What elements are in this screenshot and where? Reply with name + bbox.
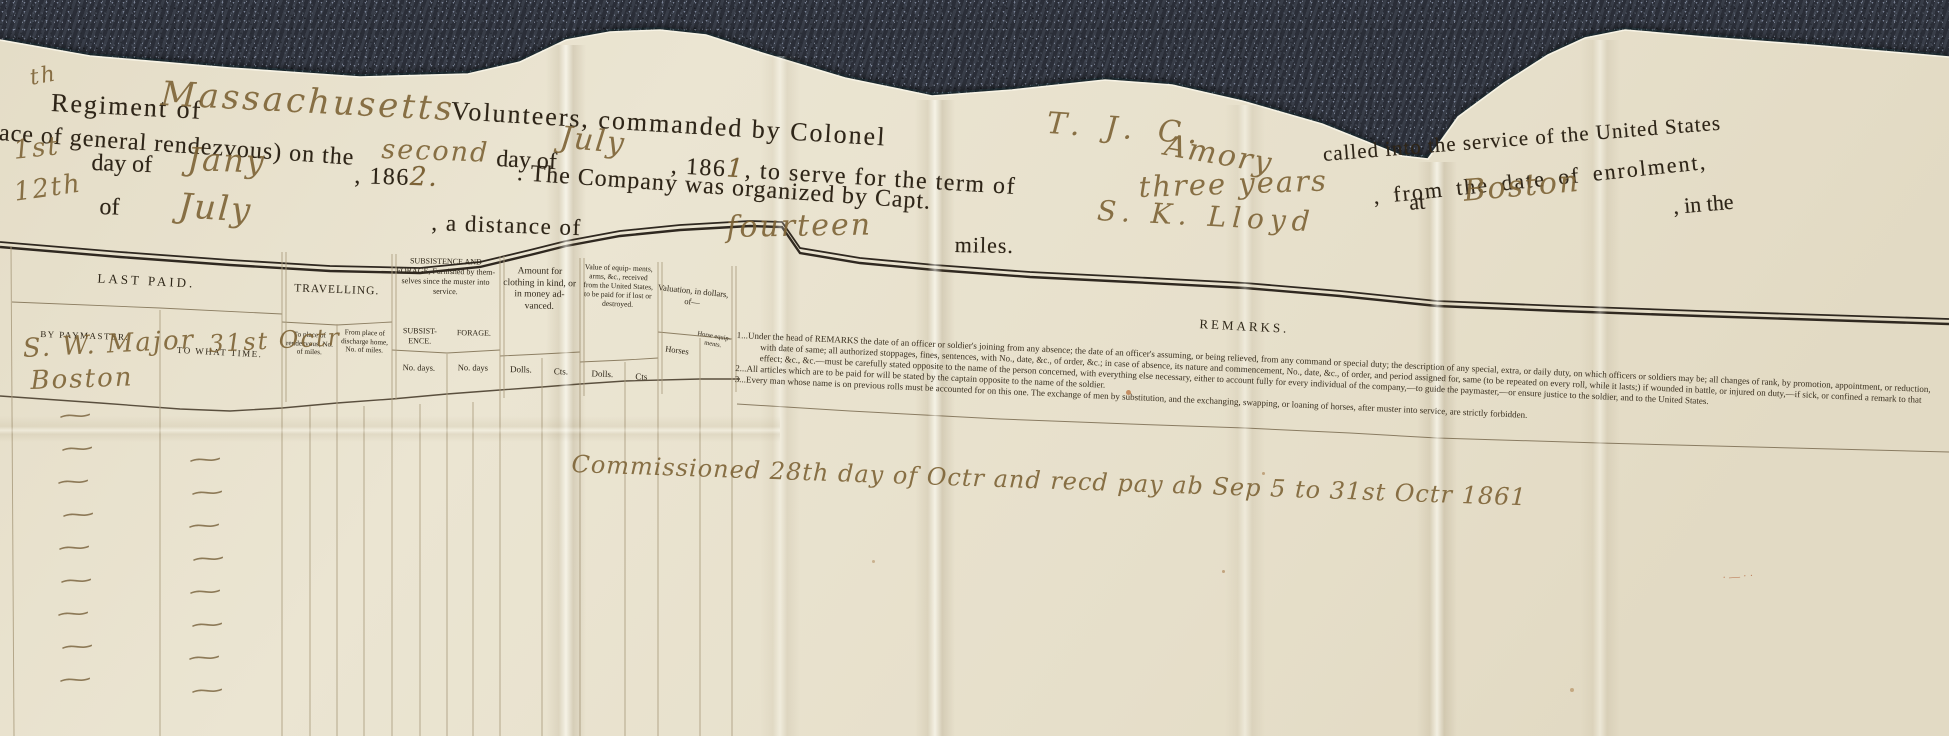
column-group-clothing: Amount for clothing in kind, or in money… (501, 266, 578, 313)
header-printed-of: of (99, 194, 120, 222)
ditto-mark: ~ (54, 435, 100, 461)
column-no-days-forage: No. days (447, 362, 499, 373)
column-dolls-clothing: Dolls. (500, 364, 542, 375)
handwritten-first-day: 1st (12, 131, 61, 166)
handwritten-month-jany: Jany (187, 140, 267, 181)
ditto-mark: ~ (52, 666, 98, 692)
header-printed-distance: , a distance of (431, 210, 582, 241)
column-subsistence: SUBSIST- ENCE. (394, 326, 446, 346)
column-forage: FORAGE. (449, 328, 499, 338)
ditto-mark: ~ (185, 545, 231, 571)
ditto-mark: ~ (50, 600, 96, 626)
ditto-mark: ~ (54, 633, 100, 659)
ditto-mark: ~ (182, 578, 228, 604)
column-no-days-subsistence: No. days. (392, 362, 446, 373)
handwritten-year-digit-2: 2. (409, 162, 439, 193)
column-from-place-of-discharge: From place of discharge home, No. of mil… (338, 328, 391, 356)
header-printed-in-the: , in the (1672, 189, 1735, 220)
handwritten-distance-value: fourteen (726, 207, 872, 245)
column-group-subsistence-forage: SUBSISTENCE AND FORAGE, Furnished by the… (393, 256, 498, 298)
handwritten-flourish: th (28, 61, 59, 90)
header-printed-miles: miles. (955, 232, 1015, 259)
ditto-mark: ~ (181, 512, 227, 538)
ditto-mark: ~ (184, 479, 230, 505)
archival-corner-mark: ·—·· (1722, 570, 1757, 584)
header-printed-day-of-2: day of (91, 150, 153, 179)
ditto-mark: ~ (181, 644, 227, 670)
handwritten-paymaster-place: Boston (30, 362, 134, 396)
ditto-mark: ~ (50, 468, 96, 494)
ditto-mark: ~ (53, 567, 99, 593)
printed-186b: , 186 (354, 163, 410, 191)
column-cts-clothing: Cts. (542, 366, 580, 377)
handwritten-month-july-2: July (177, 186, 253, 231)
header-printed-at: at (1408, 189, 1426, 216)
ditto-mark: ~ (184, 611, 230, 637)
ditto-mark: ~ (55, 501, 101, 527)
muster-roll-photo: th Regiment of Massachusetts Volunteers,… (0, 0, 1949, 736)
ditto-mark: ~ (184, 677, 230, 703)
ditto-mark: ~ (182, 446, 228, 472)
handwritten-month-july: July (558, 120, 627, 162)
ditto-mark: ~ (52, 402, 98, 428)
column-dolls-equipments: Dolls. (580, 368, 625, 380)
header-printed-1862: , 1862. (354, 160, 439, 193)
column-cts-equipments: Cts (625, 371, 658, 382)
ditto-mark: ~ (51, 534, 97, 560)
column-group-equipments: Value of equip- ments, arms, &c., receiv… (580, 262, 656, 310)
